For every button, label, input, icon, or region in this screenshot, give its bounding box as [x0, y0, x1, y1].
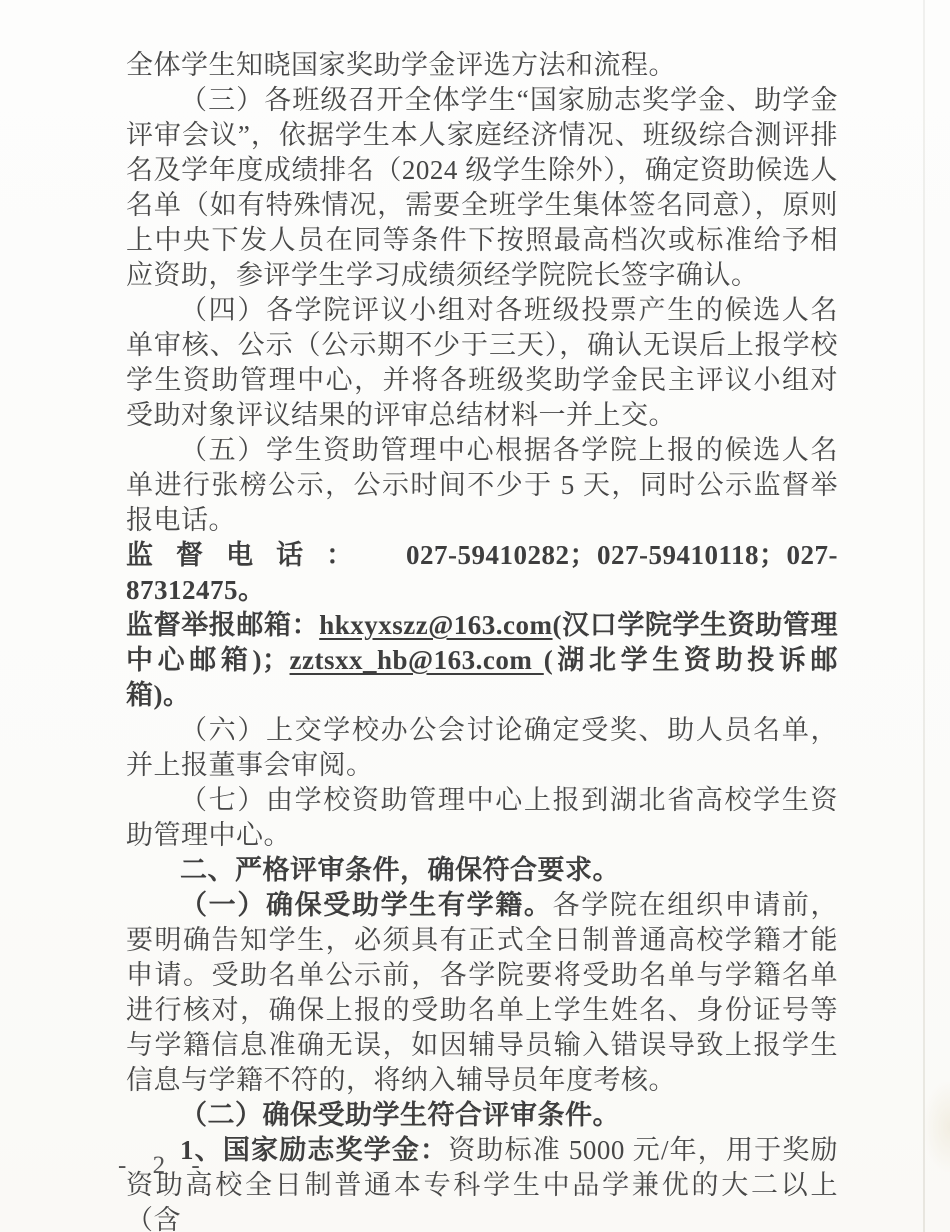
email-address: hkxyxszz@163.com — [319, 610, 552, 640]
text-segment: 监督电话： 027-59410282；027-59410118；027-8731… — [126, 540, 838, 605]
email-address: zztsxx_hb@163.com — [290, 645, 544, 675]
text-segment: （三）各班级召开全体学生“国家励志奖学金、助学金评审会议”，依据学生本人家庭经济… — [126, 85, 838, 290]
document-page: 全体学生知晓国家奖助学金评选方法和流程。（三）各班级召开全体学生“国家励志奖学金… — [0, 0, 950, 1232]
document-body: 全体学生知晓国家奖助学金评选方法和流程。（三）各班级召开全体学生“国家励志奖学金… — [126, 48, 838, 1232]
paragraph: （一）确保受助学生有学籍。各学院在组织申请前，要明确告知学生，必须具有正式全日制… — [126, 888, 838, 1098]
scan-corner-shade — [924, 1082, 950, 1172]
paragraph: （四）各学院评议小组对各班级投票产生的候选人名单审核、公示（公示期不少于三天），… — [126, 293, 838, 433]
paragraph: （三）各班级召开全体学生“国家励志奖学金、助学金评审会议”，依据学生本人家庭经济… — [126, 83, 838, 293]
text-segment: （四）各学院评议小组对各班级投票产生的候选人名单审核、公示（公示期不少于三天），… — [126, 295, 838, 430]
text-segment: 各学院在组织申请前，要明确告知学生，必须具有正式全日制普通高校学籍才能申请。受助… — [126, 890, 838, 1095]
text-segment: 二、严格评审条件，确保符合要求。 — [180, 855, 620, 885]
text-segment: 1、国家励志奖学金： — [180, 1135, 448, 1165]
paragraph: （七）由学校资助管理中心上报到湖北省高校学生资助管理中心。 — [126, 783, 838, 853]
text-segment: （七）由学校资助管理中心上报到湖北省高校学生资助管理中心。 — [126, 785, 838, 850]
paragraph: 全体学生知晓国家奖助学金评选方法和流程。 — [126, 48, 838, 83]
text-segment: （一）确保受助学生有学籍。 — [180, 890, 553, 920]
paragraph: 监督电话： 027-59410282；027-59410118；027-8731… — [126, 538, 838, 608]
scan-edge-line — [923, 0, 925, 1232]
paragraph: 1、国家励志奖学金：资助标准 5000 元/年，用于奖励资助高校全日制普通本专科… — [126, 1133, 838, 1232]
text-segment: （二）确保受助学生符合评审条件。 — [180, 1100, 620, 1130]
text-segment: （六）上交学校办公会讨论确定受奖、助人员名单，并上报董事会审阅。 — [126, 715, 838, 780]
paragraph: （五）学生资助管理中心根据各学院上报的候选人名单进行张榜公示，公示时间不少于 5… — [126, 433, 838, 538]
paragraph: （二）确保受助学生符合评审条件。 — [126, 1098, 838, 1133]
text-segment: 监督举报邮箱： — [126, 610, 319, 640]
paragraph: 二、严格评审条件，确保符合要求。 — [126, 853, 838, 888]
text-segment: （五）学生资助管理中心根据各学院上报的候选人名单进行张榜公示，公示时间不少于 5… — [126, 435, 838, 535]
paragraph: （六）上交学校办公会讨论确定受奖、助人员名单，并上报董事会审阅。 — [126, 713, 838, 783]
paragraph: 监督举报邮箱：hkxyxszz@163.com(汉口学院学生资助管理中心邮箱)；… — [126, 608, 838, 713]
page-number: - 2 - — [118, 1152, 210, 1180]
text-segment: 全体学生知晓国家奖助学金评选方法和流程。 — [126, 50, 676, 80]
